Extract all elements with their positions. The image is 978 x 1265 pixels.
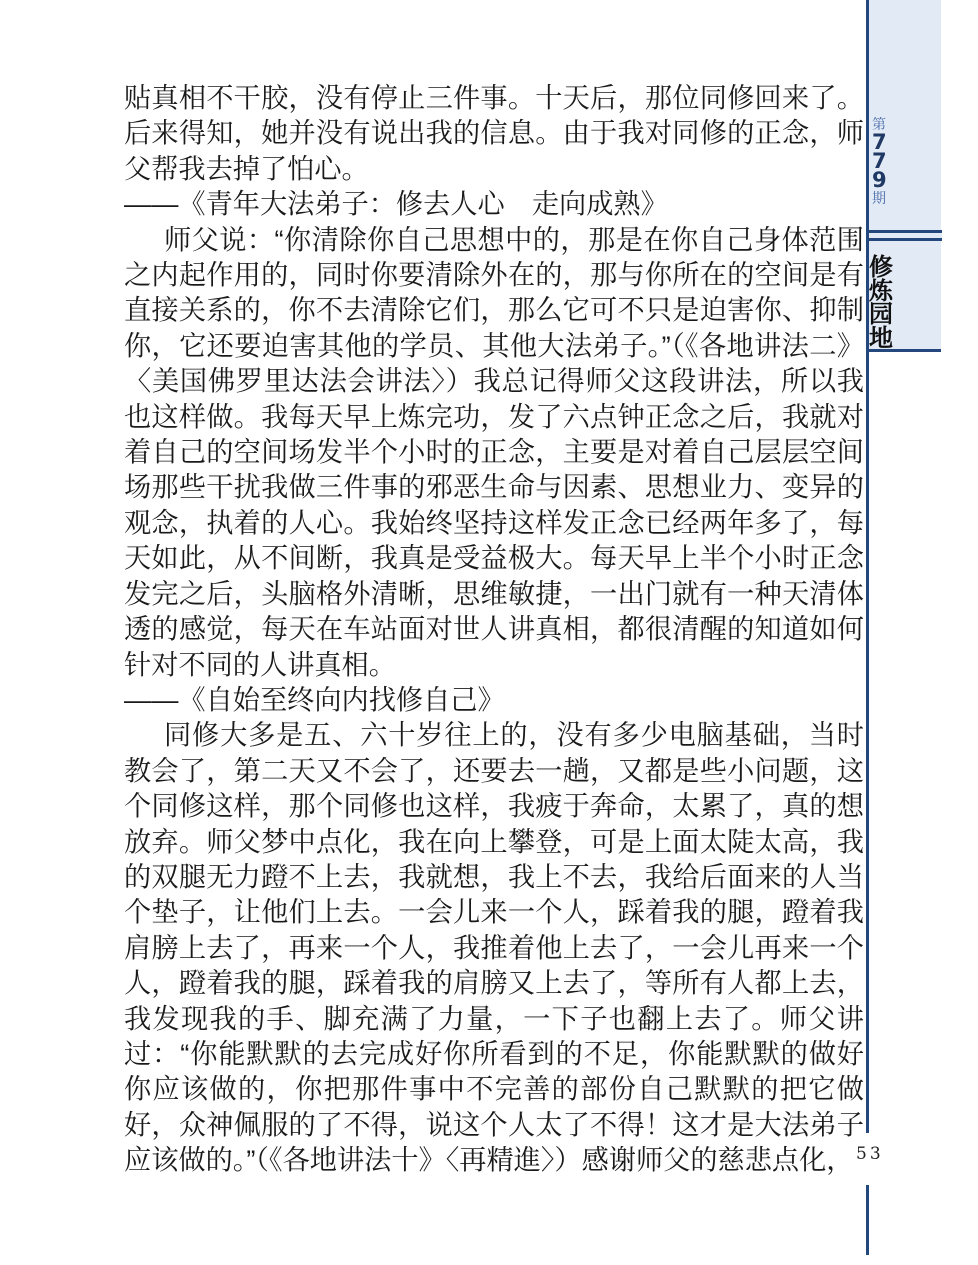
paragraph-quote-1: 师父说：“你清除你自己思想中的，那是在你自己身体范围之内起作用的，同时你要清除外…	[124, 222, 864, 682]
issue-number-column: 第 779 期	[872, 116, 887, 207]
citation-source-2: ——《自始至终向内找修自己》	[124, 682, 864, 717]
page-number: 53	[856, 1144, 884, 1164]
issue-number-panel: 第 779 期	[869, 0, 941, 230]
sidebar-vertical-rule-bottom	[866, 1185, 869, 1255]
section-title-panel: 修炼园地	[869, 241, 941, 352]
citation-source-1: ——《青年大法弟子：修去人心 走向成熟》	[124, 186, 864, 221]
magazine-page: 贴真相不干胶，没有停止三件事。十天后，那位同修回来了。后来得知，她并没有说出我的…	[0, 0, 978, 1265]
paragraph-quote-2: 同修大多是五、六十岁往上的，没有多少电脑基础，当时教会了，第二天又不会了，还要去…	[124, 717, 864, 1177]
article-text-column: 贴真相不干胶，没有停止三件事。十天后，那位同修回来了。后来得知，她并没有说出我的…	[124, 80, 864, 1178]
issue-number: 779	[872, 133, 887, 190]
issue-suffix-label: 期	[872, 190, 886, 207]
section-title: 修炼园地	[869, 255, 895, 349]
paragraph-continued: 贴真相不干胶，没有停止三件事。十天后，那位同修回来了。后来得知，她并没有说出我的…	[124, 80, 864, 186]
